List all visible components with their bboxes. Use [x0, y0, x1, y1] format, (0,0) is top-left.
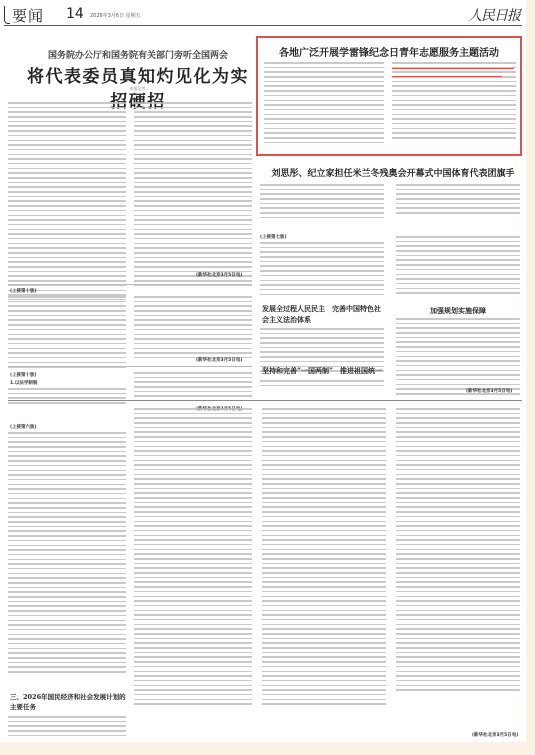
mid-right-credit: (新华社北京3月5日电): [466, 388, 512, 394]
sub-headline-one-country: 坚持和完善“一国两制” 推进祖国统一: [262, 366, 386, 376]
left-continued-label: (上接第十版): [10, 288, 37, 294]
lower-body-col4: [396, 408, 520, 694]
lower-body-col1b: [8, 716, 126, 739]
second-body-col4: [396, 236, 520, 297]
second-body-col1: [260, 184, 384, 222]
second-continued-label: (上接第七版): [260, 234, 287, 240]
lead-kicker: 国务院办公厅和国务院有关部门旁听全国两会: [28, 48, 248, 61]
lead-body-col2: [134, 102, 252, 290]
left-mid-body-col4: [134, 372, 252, 400]
highlighted-article-box[interactable]: 各地广泛开展学雷锋纪念日青年志愿服务主题活动: [256, 36, 522, 156]
lower-body-col3: [262, 408, 386, 708]
left-mid-body-col3: [8, 388, 126, 407]
divider: [8, 284, 252, 285]
sub-body-one-country: [260, 380, 384, 389]
mid-left-credit: (新华社北京3月5日电): [196, 357, 242, 363]
section-heading: 三、2026年国民经济和社会发展计划的主要任务: [10, 692, 128, 712]
highlighted-headline: 各地广泛开展学雷锋纪念日青年志愿服务主题活动: [258, 44, 520, 59]
issue-date: 2026年3月6日 星期五: [90, 12, 141, 19]
lead-body-col1: [8, 102, 126, 304]
left-mid-body-col2: [134, 296, 252, 362]
highlight-underline: [392, 76, 502, 77]
lead-byline: 本报记者 …: [40, 86, 240, 92]
page-number: 14: [66, 6, 84, 22]
section-bracket-decoration: [4, 6, 10, 24]
lower-body-col1: [8, 432, 126, 676]
highlight-underline: [374, 154, 384, 155]
lower-continued-label: (上接第六版): [10, 424, 37, 430]
second-headline: 刘思彤、纪立家担任米兰冬残奥会开幕式中国体育代表团旗手: [262, 166, 524, 179]
left-mid-body-col1: [8, 296, 126, 371]
newspaper-page: 要闻 14 2026年3月6日 星期五 人民日报 国务院办公厅和国务院有关部门旁…: [0, 0, 526, 742]
second-body-col2: [396, 184, 520, 217]
highlighted-body-col2: [392, 62, 516, 142]
second-body-col3: [260, 242, 384, 298]
sub-headline-democracy: 发展全过程人民民主 完善中国特色社会主义法治体系: [262, 303, 386, 325]
left-subsection-label: 1.以法学制制: [10, 380, 37, 386]
highlighted-body-col1: [264, 62, 384, 146]
masthead: 要闻 14 2026年3月6日 星期五 人民日报: [4, 4, 522, 26]
sub-body-planning: [396, 318, 520, 398]
highlight-underline: [392, 68, 514, 69]
section-name: 要闻: [12, 5, 44, 26]
divider: [8, 366, 252, 367]
sub-headline-planning: 加强规划实施保障: [396, 306, 520, 316]
lower-body-col2: [134, 408, 252, 708]
bottom-right-credit: (新华社北京3月5日电): [472, 732, 518, 738]
lead-credit: (新华社北京3月5日电): [196, 272, 242, 278]
left-continued-label-2: (上接第十版): [10, 372, 37, 378]
newspaper-logo: 人民日报: [468, 5, 520, 25]
